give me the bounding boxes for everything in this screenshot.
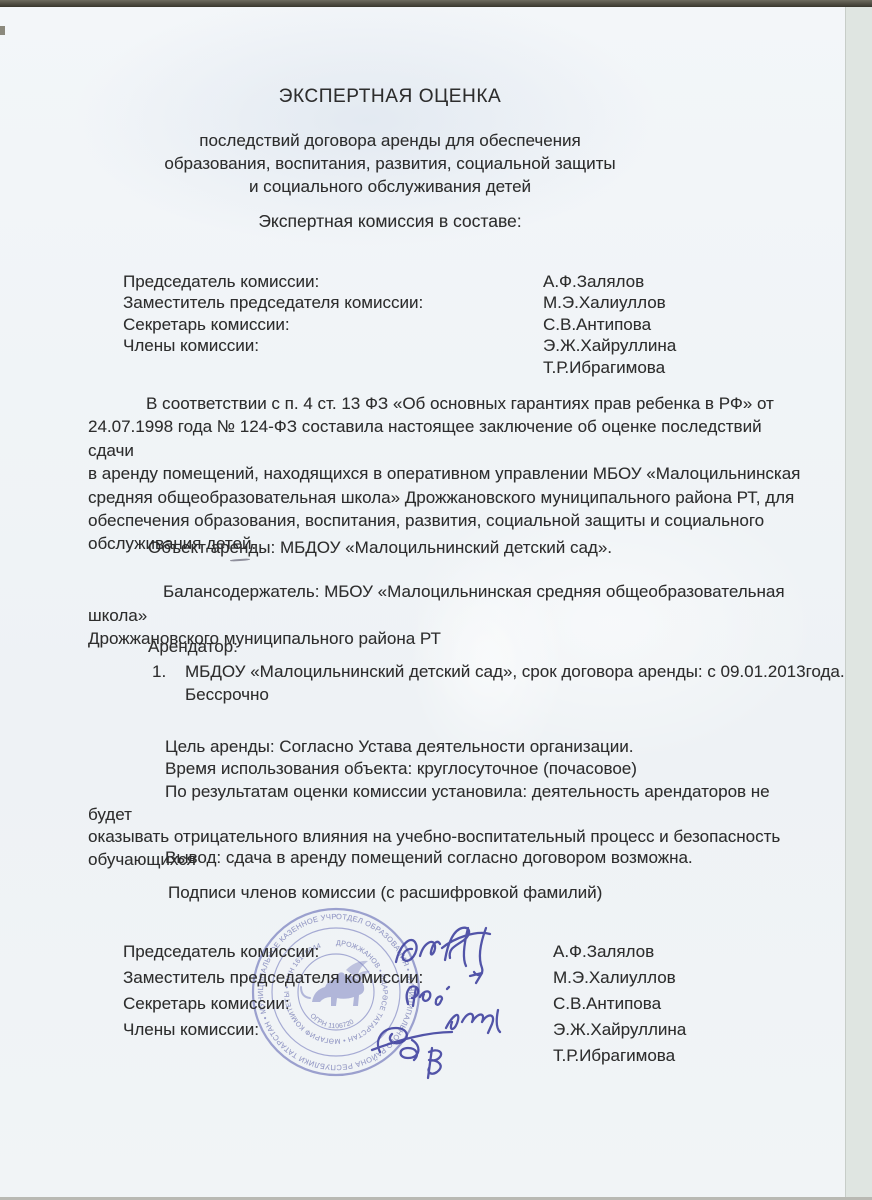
signature-name: М.Э.Халиуллов (553, 965, 676, 991)
commission-role (123, 357, 543, 378)
commission-row: Секретарь комиссии: С.В.Антипова (123, 314, 676, 335)
balance-line: Балансодержатель: МБОУ «Малоцильнинская … (88, 580, 804, 627)
lease-object-line: Объект аренды: МБДОУ «Малоцильнинский де… (148, 538, 612, 558)
commission-name: М.Э.Халиуллов (543, 292, 666, 313)
tenant-line: Бессрочно (152, 683, 845, 706)
commission-role: Председатель комиссии: (123, 271, 543, 292)
list-item-number: 1. (152, 660, 185, 683)
subtitle-line: образования, воспитания, развития, социа… (0, 152, 780, 175)
paragraph-line: оказывать отрицательного влияния на учеб… (88, 826, 804, 849)
signature-name: Т.Р.Ибрагимова (553, 1043, 675, 1069)
signature-role: Секретарь комиссии: (123, 991, 553, 1017)
paragraph-line: В соответствии с п. 4 ст. 13 ФЗ «Об осно… (88, 392, 804, 415)
commission-role: Секретарь комиссии: (123, 314, 543, 335)
paragraph-line: обеспечения образования, воспитания, раз… (88, 509, 804, 532)
signature-row: Секретарь комиссии: С.В.Антипова (123, 991, 686, 1017)
signature-role (123, 1043, 553, 1069)
document-subtitle: последствий договора аренды для обеспече… (0, 129, 780, 198)
commission-name: Т.Р.Ибрагимова (543, 357, 665, 378)
commission-row: Председатель комиссии: А.Ф.Залялов (123, 271, 676, 292)
paragraph-line: в аренду помещений, находящихся в операт… (88, 462, 804, 485)
tenant-list-item: 1.МБДОУ «Малоцильнинский детский сад», с… (152, 660, 845, 706)
scan-right-strip (845, 7, 872, 1197)
signature-row: Председатель комиссии: А.Ф.Залялов (123, 939, 686, 965)
scan-top-edge (0, 0, 872, 7)
signature-row: Члены комиссии: Э.Ж.Хайруллина (123, 1017, 686, 1043)
tenant-heading: Арендатор: (148, 637, 238, 657)
scanned-document-page: ЭКСПЕРТНАЯ ОЦЕНКА последствий договора а… (0, 0, 872, 1200)
tenant-line: 1.МБДОУ «Малоцильнинский детский сад», с… (152, 660, 845, 683)
commission-row: Т.Р.Ибрагимова (123, 357, 676, 378)
commission-role: Члены комиссии: (123, 335, 543, 356)
paragraph-line: 24.07.1998 года № 124-ФЗ составила насто… (88, 415, 804, 462)
paragraph-line: По результатам оценки комиссии установил… (88, 781, 804, 826)
pen-underline-mark (230, 558, 250, 561)
commission-name: А.Ф.Залялов (543, 271, 644, 292)
commission-members-list: Председатель комиссии: А.Ф.Залялов Замес… (123, 271, 676, 378)
signature-name: А.Ф.Залялов (553, 939, 654, 965)
signature-role: Председатель комиссии: (123, 939, 553, 965)
legal-paragraph: В соответствии с п. 4 ст. 13 ФЗ «Об осно… (88, 392, 804, 556)
signature-role: Члены комиссии: (123, 1017, 553, 1043)
commission-name: Э.Ж.Хайруллина (543, 335, 676, 356)
commission-role: Заместитель председателя комиссии: (123, 292, 543, 313)
commission-row: Заместитель председателя комиссии: М.Э.Х… (123, 292, 676, 313)
commission-row: Члены комиссии: Э.Ж.Хайруллина (123, 335, 676, 356)
signature-row: Заместитель председателя комиссии: М.Э.Х… (123, 965, 686, 991)
signature-name: С.В.Антипова (553, 991, 661, 1017)
scan-left-notch (0, 26, 5, 35)
usage-time-line: Время использования объекта: круглосуточ… (165, 759, 637, 779)
document-title: ЭКСПЕРТНАЯ ОЦЕНКА (0, 86, 780, 108)
signature-name: Э.Ж.Хайруллина (553, 1017, 686, 1043)
signature-role: Заместитель председателя комиссии: (123, 965, 553, 991)
paragraph-line: средняя общеобразовательная школа» Дрожж… (88, 486, 804, 509)
commission-name: С.В.Антипова (543, 314, 651, 335)
tenant-line-text: МБДОУ «Малоцильнинский детский сад», сро… (185, 662, 845, 681)
lease-purpose-line: Цель аренды: Согласно Устава деятельност… (165, 737, 634, 757)
commission-heading: Экспертная комиссия в составе: (0, 211, 780, 232)
signature-row: Т.Р.Ибрагимова (123, 1043, 686, 1069)
subtitle-line: и социального обслуживания детей (0, 175, 780, 198)
conclusion-line: Вывод: сдача в аренду помещений согласно… (165, 848, 693, 868)
subtitle-line: последствий договора аренды для обеспече… (0, 129, 780, 152)
signature-block-list: Председатель комиссии: А.Ф.Залялов Замес… (123, 939, 686, 1069)
